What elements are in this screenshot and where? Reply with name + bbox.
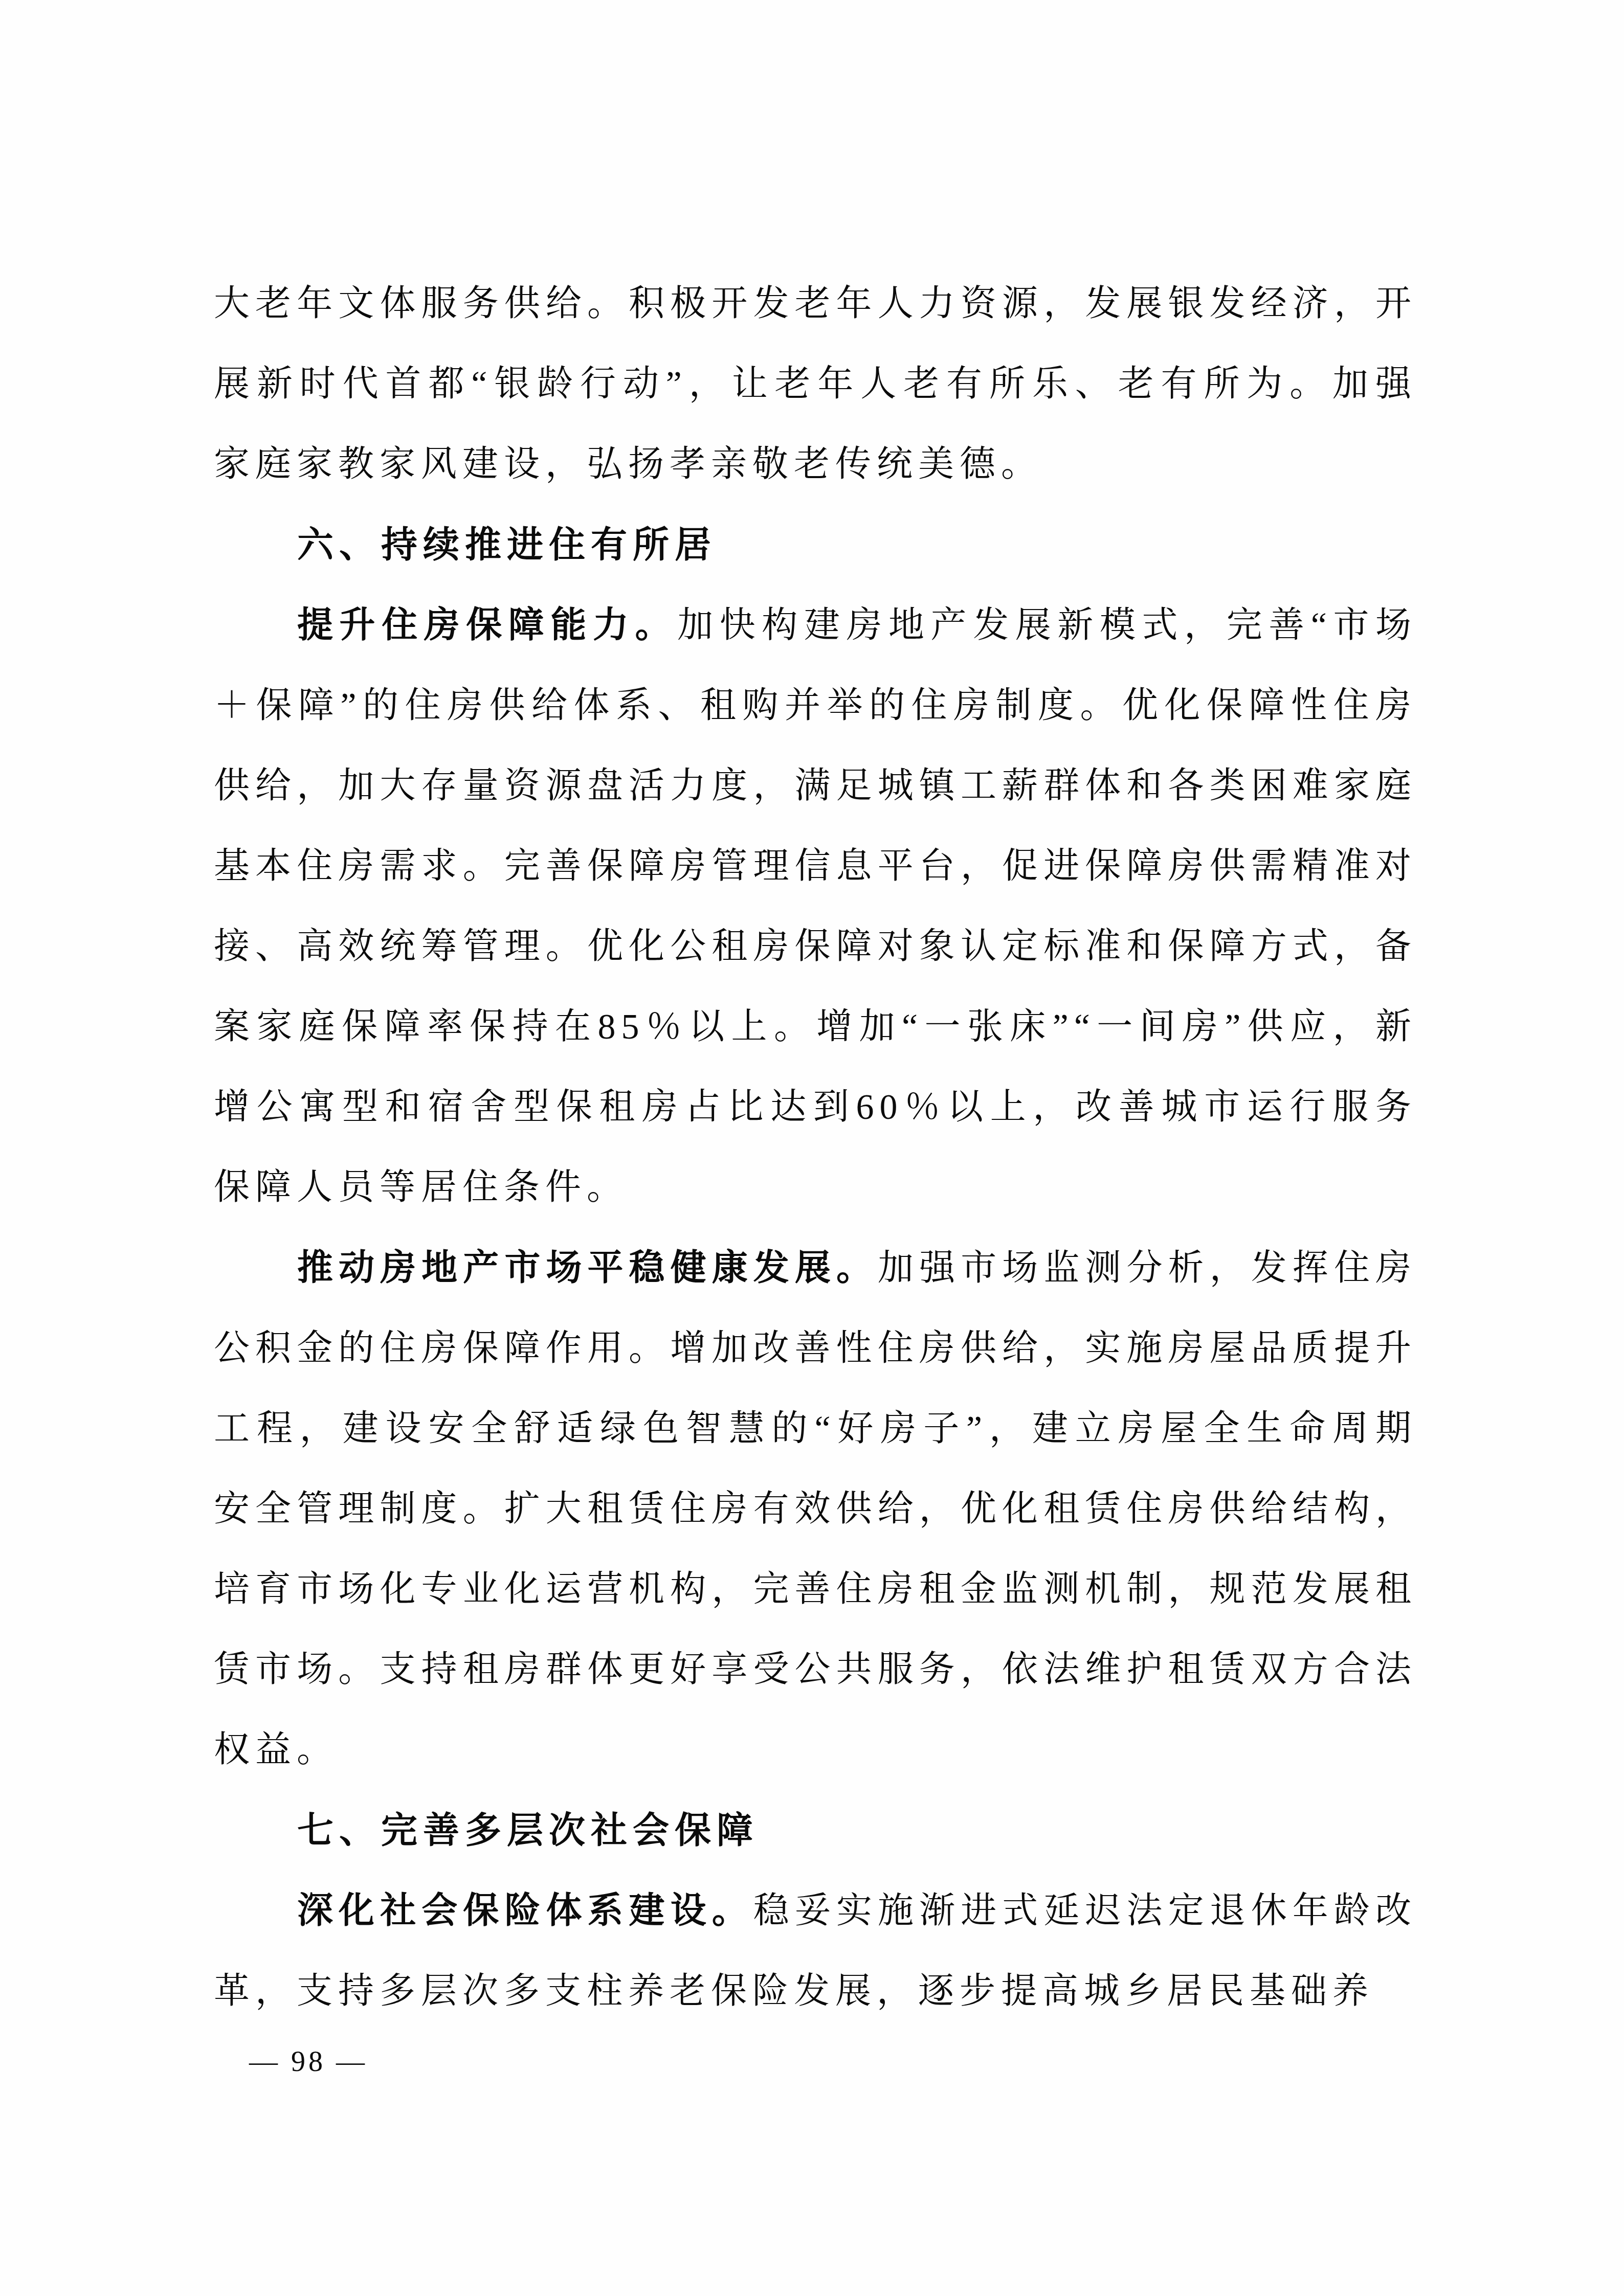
paragraph: 大老年文体服务供给。积极开发老年人力资源，发展银发经济，开展新时代首都“银龄行动… [214, 264, 1417, 505]
paragraph: 提升住房保障能力。加快构建房地产发展新模式，完善“市场＋保障”的住房供给体系、租… [214, 585, 1417, 1228]
document-page: 大老年文体服务供给。积极开发老年人力资源，发展银发经济，开展新时代首都“银龄行动… [0, 0, 1624, 2296]
paragraph-lead: 提升住房保障能力。 [297, 605, 677, 645]
paragraph-text: 加快构建房地产发展新模式，完善“市场＋保障”的住房供给体系、租购并举的住房制度。… [214, 606, 1417, 1207]
paragraph-text: 加强市场监测分析，发挥住房公积金的住房保障作用。增加改善性住房供给，实施房屋品质… [214, 1249, 1417, 1770]
section-heading: 六、持续推进住有所居 [214, 505, 1417, 585]
document-body: 大老年文体服务供给。积极开发老年人力资源，发展银发经济，开展新时代首都“银龄行动… [214, 264, 1417, 2032]
section-heading: 七、完善多层次社会保障 [214, 1790, 1417, 1871]
paragraph-text: 大老年文体服务供给。积极开发老年人力资源，发展银发经济，开展新时代首都“银龄行动… [214, 284, 1417, 484]
paragraph: 深化社会保险体系建设。稳妥实施渐进式延迟法定退休年龄改革，支持多层次多支柱养老保… [214, 1871, 1417, 2032]
page-number: — 98 — [249, 2045, 368, 2078]
paragraph: 推动房地产市场平稳健康发展。加强市场监测分析，发挥住房公积金的住房保障作用。增加… [214, 1228, 1417, 1790]
paragraph-lead: 深化社会保险体系建设。 [297, 1890, 753, 1930]
paragraph-lead: 推动房地产市场平稳健康发展。 [297, 1248, 878, 1288]
